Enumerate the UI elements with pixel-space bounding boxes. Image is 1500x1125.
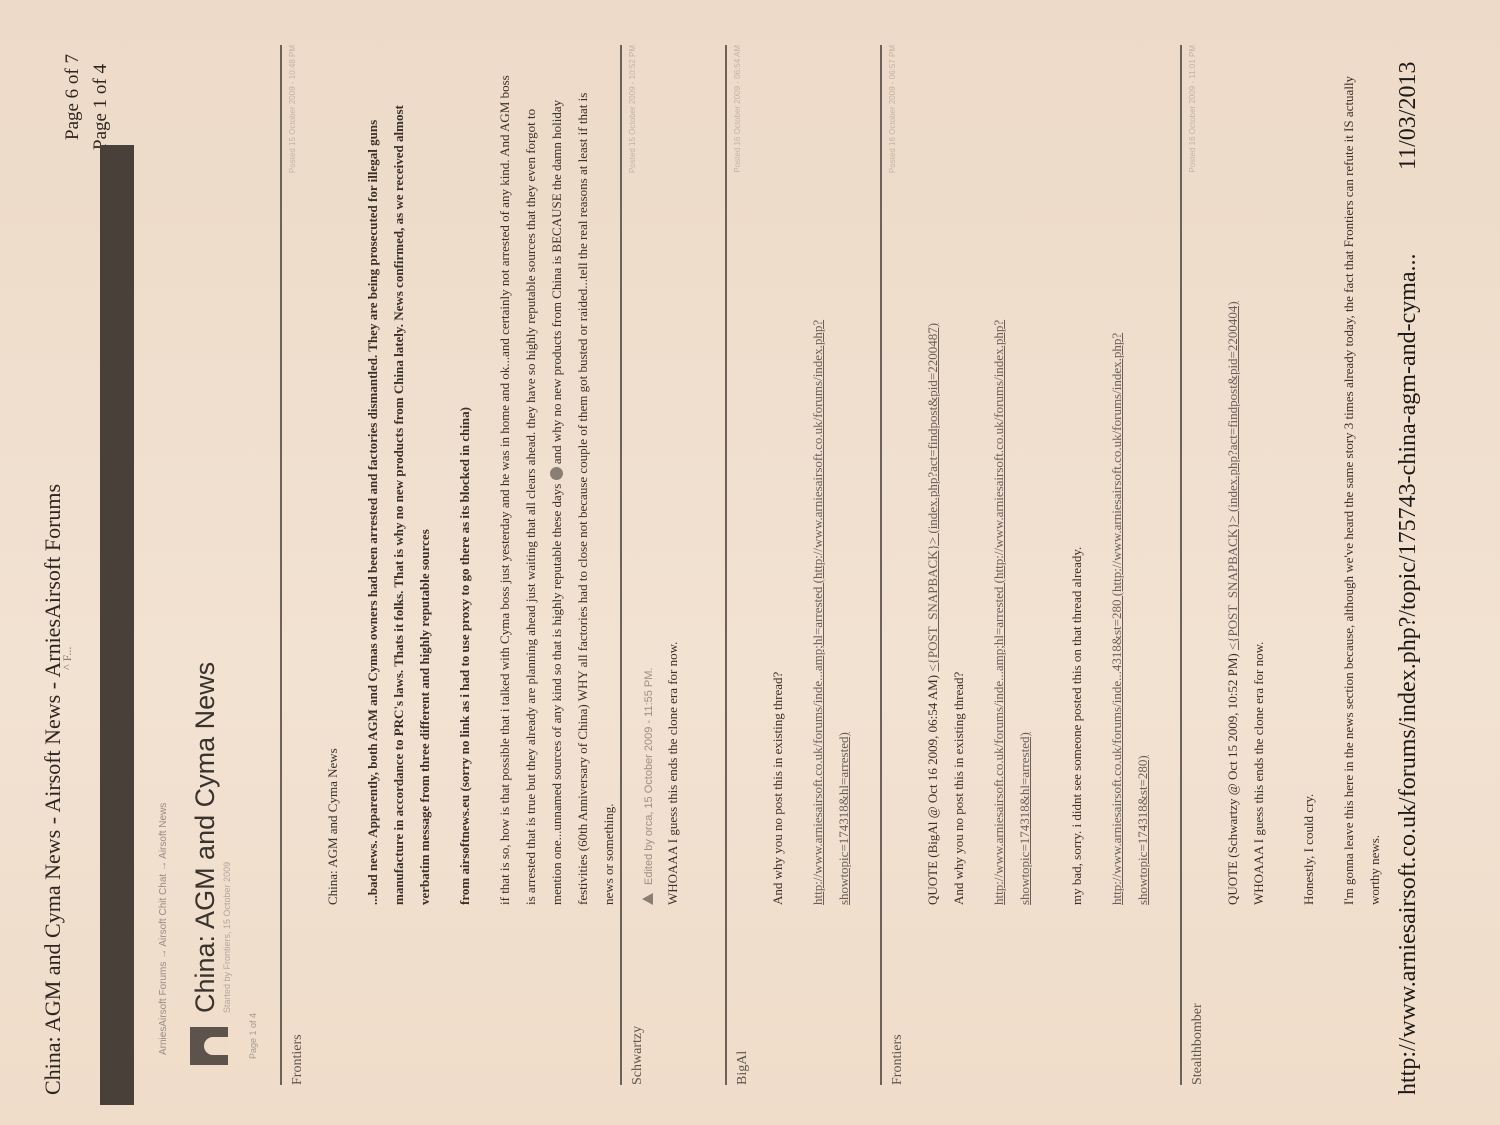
post-date: Posted 15 October 2009 - 10:48 PM — [288, 45, 297, 173]
post-heading: China: AGM and Cyma News — [320, 65, 346, 905]
post-text: Honestly, I could cry. — [1296, 65, 1322, 905]
post-date: Posted 16 October 2009 - 11:01 PM — [1188, 45, 1197, 172]
topic-title: China: AGM and Cyma News — [190, 662, 221, 1013]
breadcrumb[interactable]: ArniesAirsoft Forums → Airsoft Chit Chat… — [158, 803, 169, 1055]
post-author[interactable]: Frontiers — [890, 1034, 906, 1085]
post-divider — [280, 45, 282, 1085]
quote-link[interactable]: http://www.arniesairsoft.co.uk/forums/in… — [986, 65, 1012, 905]
quote-header: QUOTE (BigAl @ Oct 16 2009, 06:54 AM) <{… — [920, 65, 946, 905]
post-divider — [620, 45, 622, 1085]
post-author[interactable]: Stealthbomber — [1190, 1003, 1206, 1085]
print-header-mark: ^ F... — [60, 647, 75, 670]
post: Frontiers Posted 16 October 2009 - 06:57… — [880, 45, 1170, 1085]
post-date: Posted 16 October 2009 - 06:54 AM — [733, 45, 742, 173]
forum-banner — [100, 145, 134, 1105]
post-body: QUOTE (Schwartzy @ Oct 15 2009, 10:52 PM… — [1220, 65, 1402, 905]
post-source-line: from airsoftnews.eu (sorry no link as i … — [452, 65, 478, 905]
post-link-cont[interactable]: showtopic=174318&hl=arrested) — [831, 65, 857, 905]
post-quote-paragraph: ...bad news. Apparently, both AGM and Cy… — [360, 65, 438, 905]
post-link[interactable]: http://www.arniesairsoft.co.uk/forums/in… — [805, 65, 831, 905]
print-footer-url: http://www.arniesairsoft.co.uk/forums/in… — [1395, 253, 1422, 1095]
post-text: I'm gonna leave this here in the news se… — [1336, 65, 1388, 905]
smiley-icon — [550, 467, 563, 480]
post: Frontiers Posted 15 October 2009 - 10:48… — [280, 45, 610, 1085]
print-header-title: China: AGM and Cyma News - Airsoft News … — [40, 484, 66, 1095]
quote-header: QUOTE (Schwartzy @ Oct 15 2009, 10:52 PM… — [1220, 65, 1246, 905]
print-page-outer: Page 6 of 7 — [62, 54, 84, 140]
quote-link-cont[interactable]: showtopic=174318&hl=arrested) — [1012, 65, 1038, 905]
topic-icon — [190, 1027, 228, 1065]
printed-page: China: AGM and Cyma News - Airsoft News … — [0, 0, 1500, 1125]
quote-attribution: QUOTE (Schwartzy @ Oct 15 2009, 10:52 PM… — [1225, 653, 1240, 905]
post: Schwartzy Posted 15 October 2009 - 10:52… — [620, 45, 710, 1085]
quote-attribution: QUOTE (BigAl @ Oct 16 2009, 06:54 AM) — [925, 675, 940, 905]
quote-body: WHOAAA I guess this ends the clone era f… — [1246, 65, 1272, 905]
post-body: QUOTE (BigAl @ Oct 16 2009, 06:54 AM) <{… — [920, 65, 1156, 905]
quote-snapback-link[interactable]: <{POST_SNAPBACK}> (index.php?act=findpos… — [925, 323, 940, 672]
post-author[interactable]: BigAl — [735, 1051, 751, 1085]
post-author[interactable]: Schwartzy — [630, 1026, 646, 1085]
print-footer-date: 11/03/2013 — [1395, 62, 1422, 170]
post-divider — [1180, 45, 1182, 1085]
post-link[interactable]: http://www.arniesairsoft.co.uk/forums/in… — [1104, 65, 1130, 905]
post-author[interactable]: Frontiers — [290, 1034, 306, 1085]
post-divider — [725, 45, 727, 1085]
post-paragraph: if that is so, how is that possible that… — [492, 65, 622, 905]
post-text: And why you no post this in existing thr… — [765, 65, 791, 905]
post: Stealthbomber Posted 16 October 2009 - 1… — [1180, 45, 1380, 1085]
quote-snapback-link[interactable]: <{POST_SNAPBACK}> (index.php?act=findpos… — [1225, 301, 1240, 650]
post: BigAl Posted 16 October 2009 - 06:54 AM … — [725, 45, 875, 1085]
post-divider — [880, 45, 882, 1085]
quote-body: And why you no post this in existing thr… — [946, 65, 972, 905]
post-text: my bad, sorry. i didnt see someone poste… — [1064, 65, 1090, 905]
post-body: China: AGM and Cyma News ...bad news. Ap… — [320, 65, 662, 905]
post-link-cont[interactable]: showtopic=174318&st=280) — [1130, 65, 1156, 905]
pagination-label[interactable]: Page 1 of 4 — [248, 1013, 258, 1059]
post-body: WHOAAA I guess this ends the clone era f… — [660, 65, 700, 905]
post-body: And why you no post this in existing thr… — [765, 65, 857, 905]
print-page-inner: Page 1 of 4 — [90, 64, 112, 150]
post-date: Posted 16 October 2009 - 06:57 PM — [888, 45, 897, 173]
post-text: WHOAAA I guess this ends the clone era f… — [660, 65, 686, 905]
post-date: Posted 15 October 2009 - 10:52 PM — [628, 45, 637, 173]
topic-subtitle: Started by Frontiers, 15 October 2009 — [222, 862, 232, 1013]
